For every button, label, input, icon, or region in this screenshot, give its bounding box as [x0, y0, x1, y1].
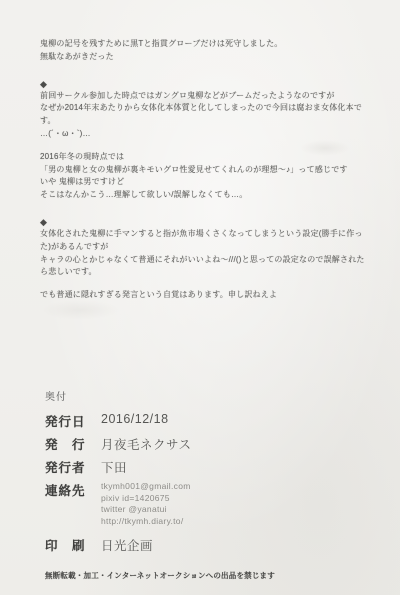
diamond-bullet-icon: ◆	[40, 78, 372, 90]
publisher-label: 発 行	[45, 435, 89, 453]
afterword-line: 鬼柳の記号を残すために黒Tと指貫グローブだけは死守しました。	[40, 38, 372, 51]
contact-email: tkymh001@gmail.com	[101, 481, 191, 493]
afterword-text-block: 鬼柳の記号を残すために黒Tと指貫グローブだけは死守しました。 無駄なあがきだった…	[40, 38, 372, 302]
afterword-line: 2016年冬の現時点では	[40, 151, 372, 164]
afterword-line: なぜか2014年末あたりから女体化本体質と化してしまったので今回は腐おま女体化本…	[40, 102, 372, 128]
afterword-line: …(´・ω・`)…	[40, 128, 372, 141]
contact-twitter: twitter @yanatui	[101, 504, 191, 516]
afterword-line: キャラの心とかじゃなくて普通にそれがいいよね〜///()と思っての設定なので誤解…	[40, 254, 372, 280]
afterword-line: 女体化された鬼柳に手マンすると指が魚市場くさくなってしまうという設定(勝手に作っ…	[40, 228, 372, 254]
publication-date-label: 発行日	[45, 412, 89, 430]
afterword-line: いや 鬼柳は男ですけど	[40, 176, 372, 189]
colophon-row-publisher: 発 行 月夜毛ネクサス	[45, 435, 365, 453]
colophon-block: 奥付 発行日 2016/12/18 発 行 月夜毛ネクサス 発行者 下田 連絡先…	[45, 388, 365, 581]
contact-website-url: http://tkymh.diary.to/	[101, 516, 191, 528]
author-value: 下田	[89, 458, 127, 476]
afterword-line: でも普通に隠れすぎる発言という自覚はあります。申し訳ねえよ	[40, 289, 372, 302]
afterword-line: 「男の鬼柳と女の鬼柳が裏キモいグロ性愛見せてくれんのが理想〜♪」って感じです	[40, 164, 372, 177]
afterword-line: 無駄なあがきだった	[40, 51, 372, 64]
colophon-row-printer: 印 刷 日光企画	[45, 536, 365, 554]
colophon-row-publication-date: 発行日 2016/12/18	[45, 412, 365, 430]
printer-value: 日光企画	[89, 536, 153, 554]
author-label: 発行者	[45, 458, 89, 476]
contact-pixiv-id: pixiv id=1420675	[101, 493, 191, 505]
printer-label: 印 刷	[45, 536, 89, 554]
contact-lines: tkymh001@gmail.com pixiv id=1420675 twit…	[89, 481, 191, 527]
colophon-row-contact: 連絡先 tkymh001@gmail.com pixiv id=1420675 …	[45, 481, 365, 527]
diamond-bullet-icon: ◆	[40, 216, 372, 228]
colophon-title: 奥付	[45, 388, 365, 403]
contact-label: 連絡先	[45, 481, 89, 499]
publication-date-value: 2016/12/18	[89, 412, 169, 426]
colophon-row-author: 発行者 下田	[45, 458, 365, 476]
afterword-line: 前回サークル参加した時点ではガングロ鬼柳などがブームだったようなのですが	[40, 90, 372, 103]
publisher-value: 月夜毛ネクサス	[89, 435, 192, 453]
reproduction-disclaimer: 無断転載・加工・インターネットオークションへの出品を禁じます	[45, 570, 365, 581]
afterword-line: そこはなんかこう…理解して欲しい/誤解しなくても…。	[40, 189, 372, 202]
